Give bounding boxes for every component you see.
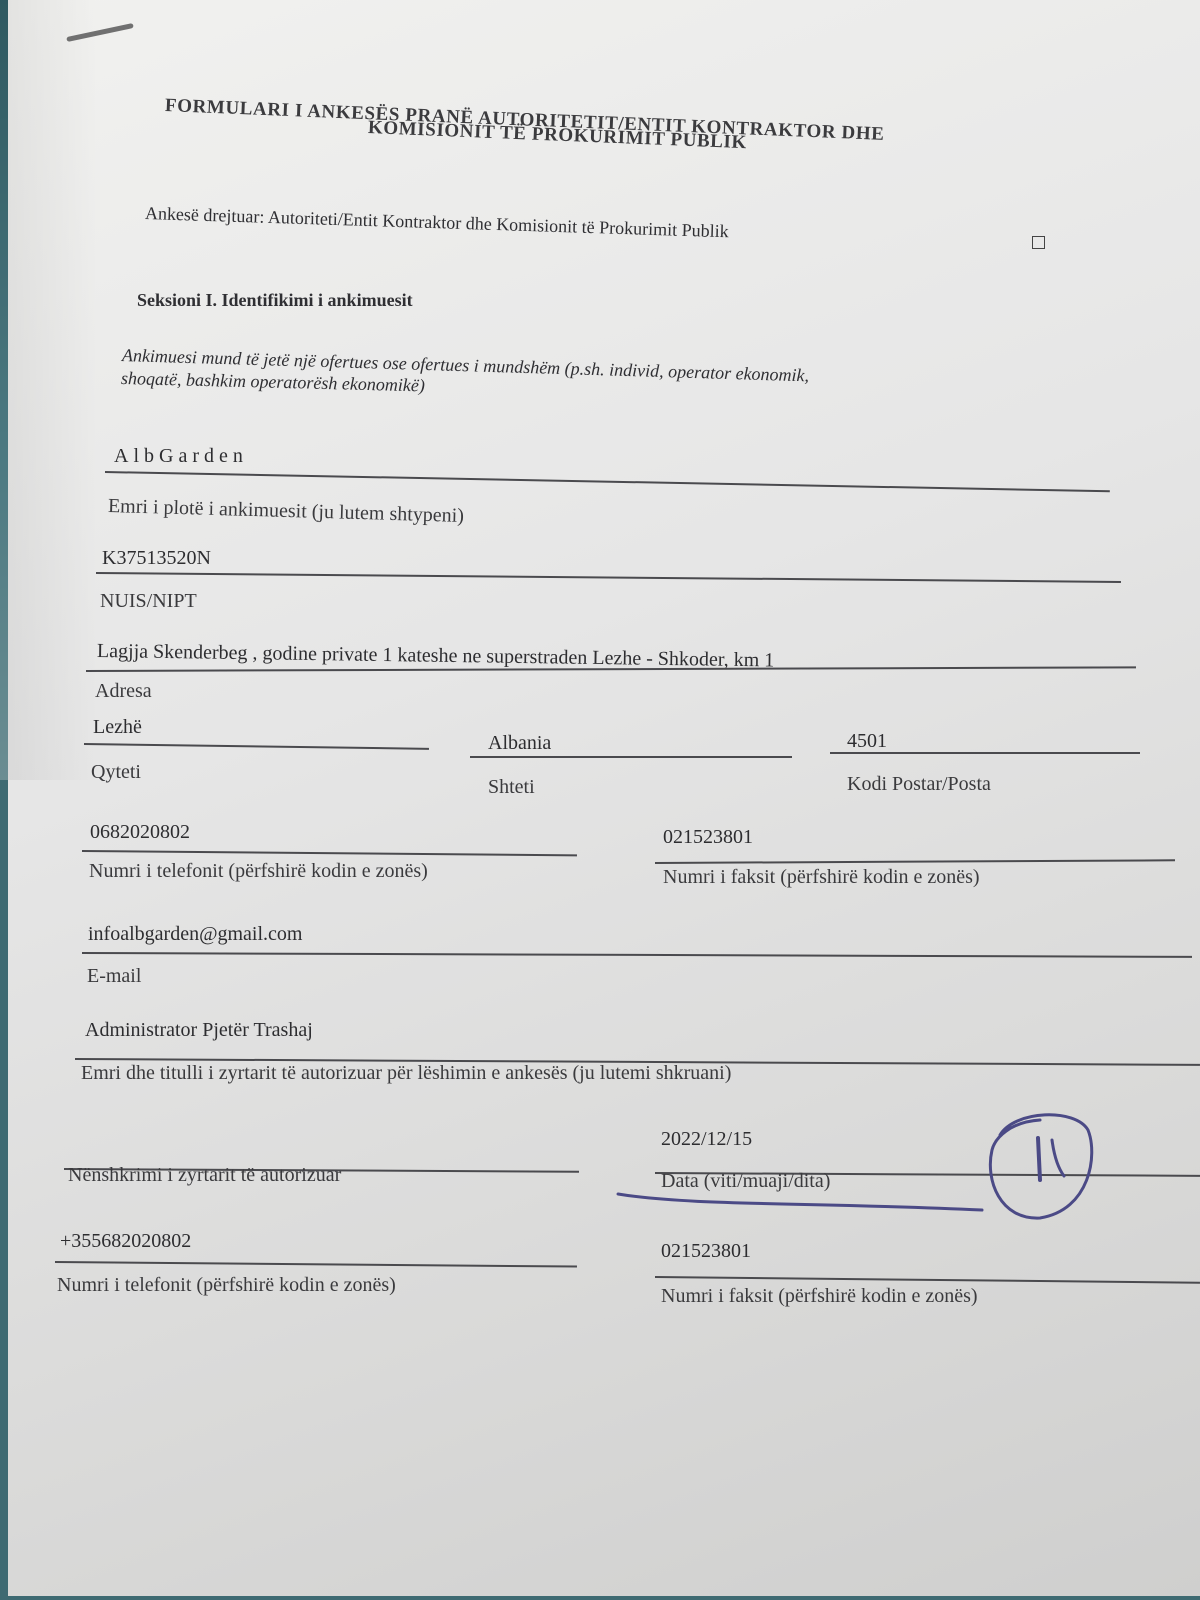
official-value[interactable]: Administrator Pjetër Trashaj xyxy=(85,1019,313,1042)
official-fax-label: Numri i faksit (përfshirë kodin e zonës) xyxy=(661,1285,978,1308)
official-phone-label: Numri i telefonit (përfshirë kodin e zon… xyxy=(57,1274,396,1297)
email-value[interactable]: infoalbgarden@gmail.com xyxy=(88,923,302,946)
address-label: Adresa xyxy=(95,680,152,703)
official-fax-value[interactable]: 021523801 xyxy=(661,1240,751,1263)
handwritten-circled-number-icon xyxy=(980,1100,1100,1230)
fax-label: Numri i faksit (përfshirë kodin e zonës) xyxy=(663,866,980,889)
nuis-label: NUIS/NIPT xyxy=(100,590,197,613)
fax-value[interactable]: 021523801 xyxy=(663,826,753,849)
signature-label: Nënshkrimi i zyrtarit të autorizuar xyxy=(68,1164,341,1187)
phone-label: Numri i telefonit (përfshirë kodin e zon… xyxy=(89,860,428,883)
postal-code-value[interactable]: 4501 xyxy=(847,730,887,753)
section-title: Seksioni I. Identifikimi i ankimuesit xyxy=(137,290,413,311)
country-value[interactable]: Albania xyxy=(488,732,551,755)
official-phone-value[interactable]: +355682020802 xyxy=(60,1230,191,1253)
email-label: E-mail xyxy=(87,965,141,988)
directed-to-checkbox[interactable] xyxy=(1032,236,1045,249)
city-value[interactable]: Lezhë xyxy=(93,716,142,739)
full-name-value[interactable]: AlbGarden xyxy=(114,445,248,468)
paper-sheet xyxy=(8,0,1200,1596)
country-line xyxy=(470,756,792,758)
date-value[interactable]: 2022/12/15 xyxy=(661,1128,752,1151)
official-label: Emri dhe titulli i zyrtarit të autorizua… xyxy=(81,1062,731,1085)
country-label: Shteti xyxy=(488,776,535,799)
handwritten-underline xyxy=(610,1180,990,1220)
phone-value[interactable]: 0682020802 xyxy=(90,821,190,844)
postal-code-line xyxy=(830,752,1140,754)
city-label: Qyteti xyxy=(91,761,141,784)
nuis-value[interactable]: K37513520N xyxy=(102,547,211,570)
postal-code-label: Kodi Postar/Posta xyxy=(847,773,991,796)
